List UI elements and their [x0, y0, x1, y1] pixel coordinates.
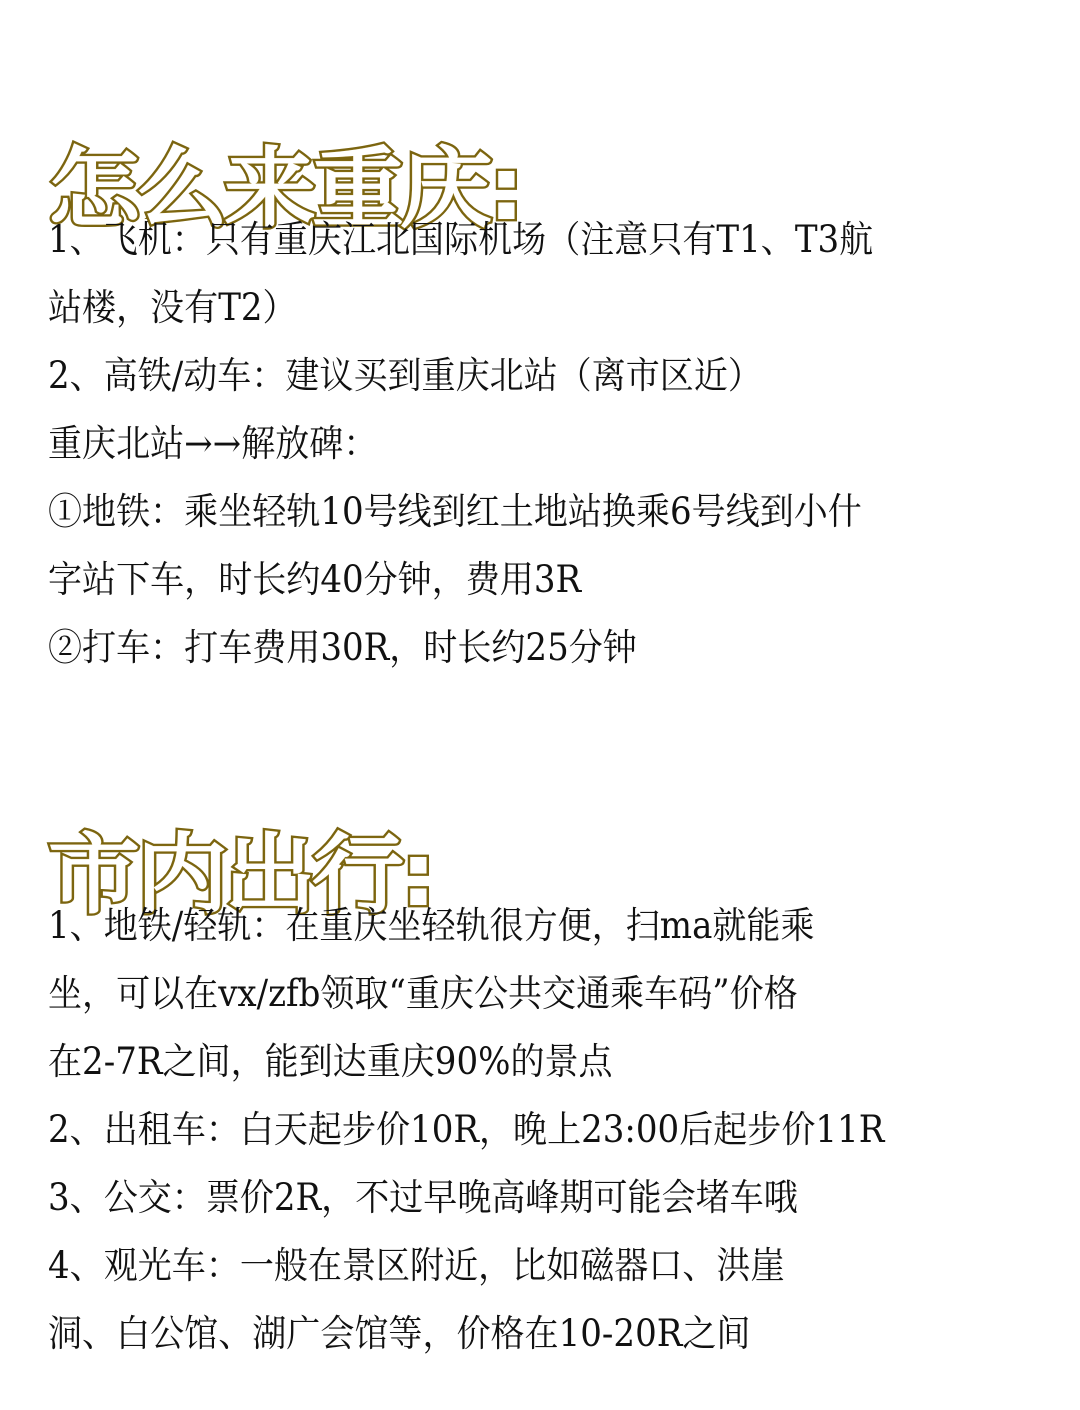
text-line: 3、公交：票价2R，不过早晚高峰期可能会堵车哦 [48, 1164, 986, 1232]
text-line: 2、出租车：白天起步价10R，晚上23:00后起步价11R [48, 1096, 986, 1164]
text-line: 洞、白公馆、湖广会馆等，价格在10-20R之间 [48, 1300, 986, 1368]
text-line: 坐，可以在vx/zfb领取“重庆公共交通乘车码”价格 [48, 960, 986, 1028]
text-line: 2、高铁/动车：建议买到重庆北站（离市区近） [48, 342, 986, 410]
text-line: 重庆北站→→解放碑： [48, 410, 986, 478]
text-line: 站楼，没有T2） [48, 274, 986, 342]
section-body-how-to-get-to-chongqing: 1、飞机：只有重庆江北国际机场（注意只有T1、T3航 站楼，没有T2） 2、高铁… [48, 206, 1068, 682]
text-line: ①地铁：乘坐轻轨10号线到红土地站换乘6号线到小什 [48, 478, 986, 546]
text-line: 在2-7R之间，能到达重庆90%的景点 [48, 1028, 986, 1096]
text-line: 4、观光车：一般在景区附近，比如磁器口、洪崖 [48, 1232, 986, 1300]
section-body-city-transport: 1、地铁/轻轨：在重庆坐轻轨很方便，扫ma就能乘 坐，可以在vx/zfb领取“重… [48, 892, 1068, 1368]
text-line: 字站下车，时长约40分钟，费用3R [48, 546, 986, 614]
text-line: 1、地铁/轻轨：在重庆坐轻轨很方便，扫ma就能乘 [48, 892, 986, 960]
text-line: 1、飞机：只有重庆江北国际机场（注意只有T1、T3航 [48, 206, 986, 274]
text-line: ②打车：打车费用30R，时长约25分钟 [48, 614, 986, 682]
